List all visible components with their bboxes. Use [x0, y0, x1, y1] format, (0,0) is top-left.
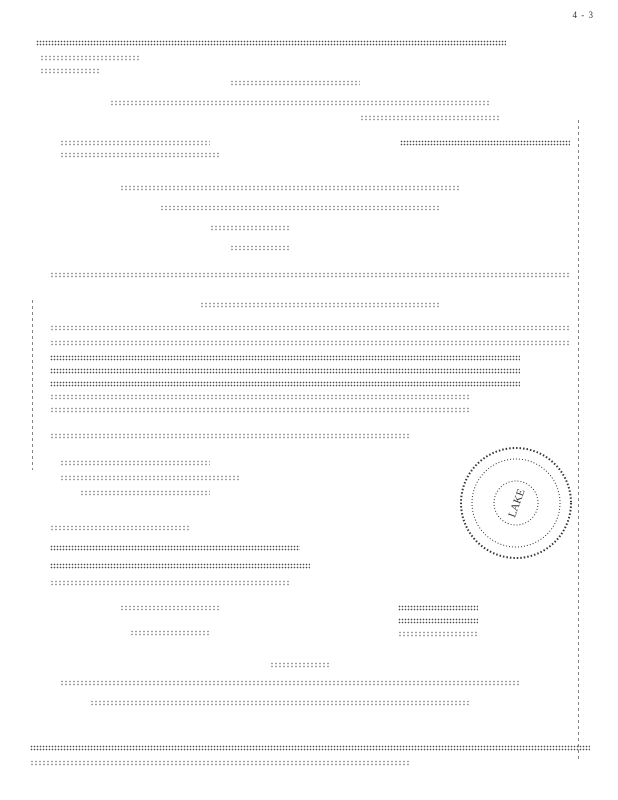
stamp-line	[398, 631, 478, 637]
text-line	[230, 80, 360, 86]
paragraph-line	[50, 433, 410, 439]
paragraph-line	[50, 381, 520, 387]
text-line	[160, 205, 440, 211]
text-line	[230, 245, 290, 251]
paragraph-line	[50, 394, 470, 400]
paragraph-line	[50, 368, 520, 374]
header-line	[36, 40, 506, 46]
text-line	[60, 152, 220, 158]
signature-line	[60, 475, 240, 481]
title-line	[110, 100, 490, 106]
stamp-line	[398, 605, 478, 611]
signature-line	[80, 490, 210, 496]
stamp-line	[398, 618, 478, 624]
text-line	[60, 140, 210, 146]
text-line	[400, 140, 570, 146]
notary-line	[50, 545, 300, 551]
notary-seal-icon: LAKE	[452, 444, 580, 562]
footer-line	[30, 745, 590, 751]
margin-rule	[578, 120, 579, 760]
page-marker: 4 - 3	[573, 10, 595, 20]
text-line	[210, 225, 290, 231]
signature-line	[60, 460, 210, 466]
footer-line	[60, 680, 520, 686]
notary-line	[50, 580, 290, 586]
notary-line	[120, 605, 220, 611]
section-heading	[200, 302, 440, 308]
text-line	[360, 115, 500, 121]
paragraph-line	[50, 355, 520, 361]
paragraph-line	[50, 407, 470, 413]
paragraph-line	[50, 340, 570, 346]
header-line	[40, 68, 100, 74]
footer-line	[30, 760, 410, 766]
footer-line	[90, 700, 470, 706]
notary-line	[50, 563, 310, 569]
svg-text:LAKE: LAKE	[506, 487, 527, 519]
notary-line	[50, 525, 190, 531]
text-line	[50, 272, 570, 278]
paragraph-line	[50, 325, 570, 331]
scanned-page: 4 - 3 LAKE	[0, 0, 618, 800]
notary-line	[130, 630, 210, 636]
text-line	[120, 185, 460, 191]
text-line	[270, 662, 330, 668]
margin-rule	[32, 300, 33, 470]
header-line	[40, 55, 140, 61]
